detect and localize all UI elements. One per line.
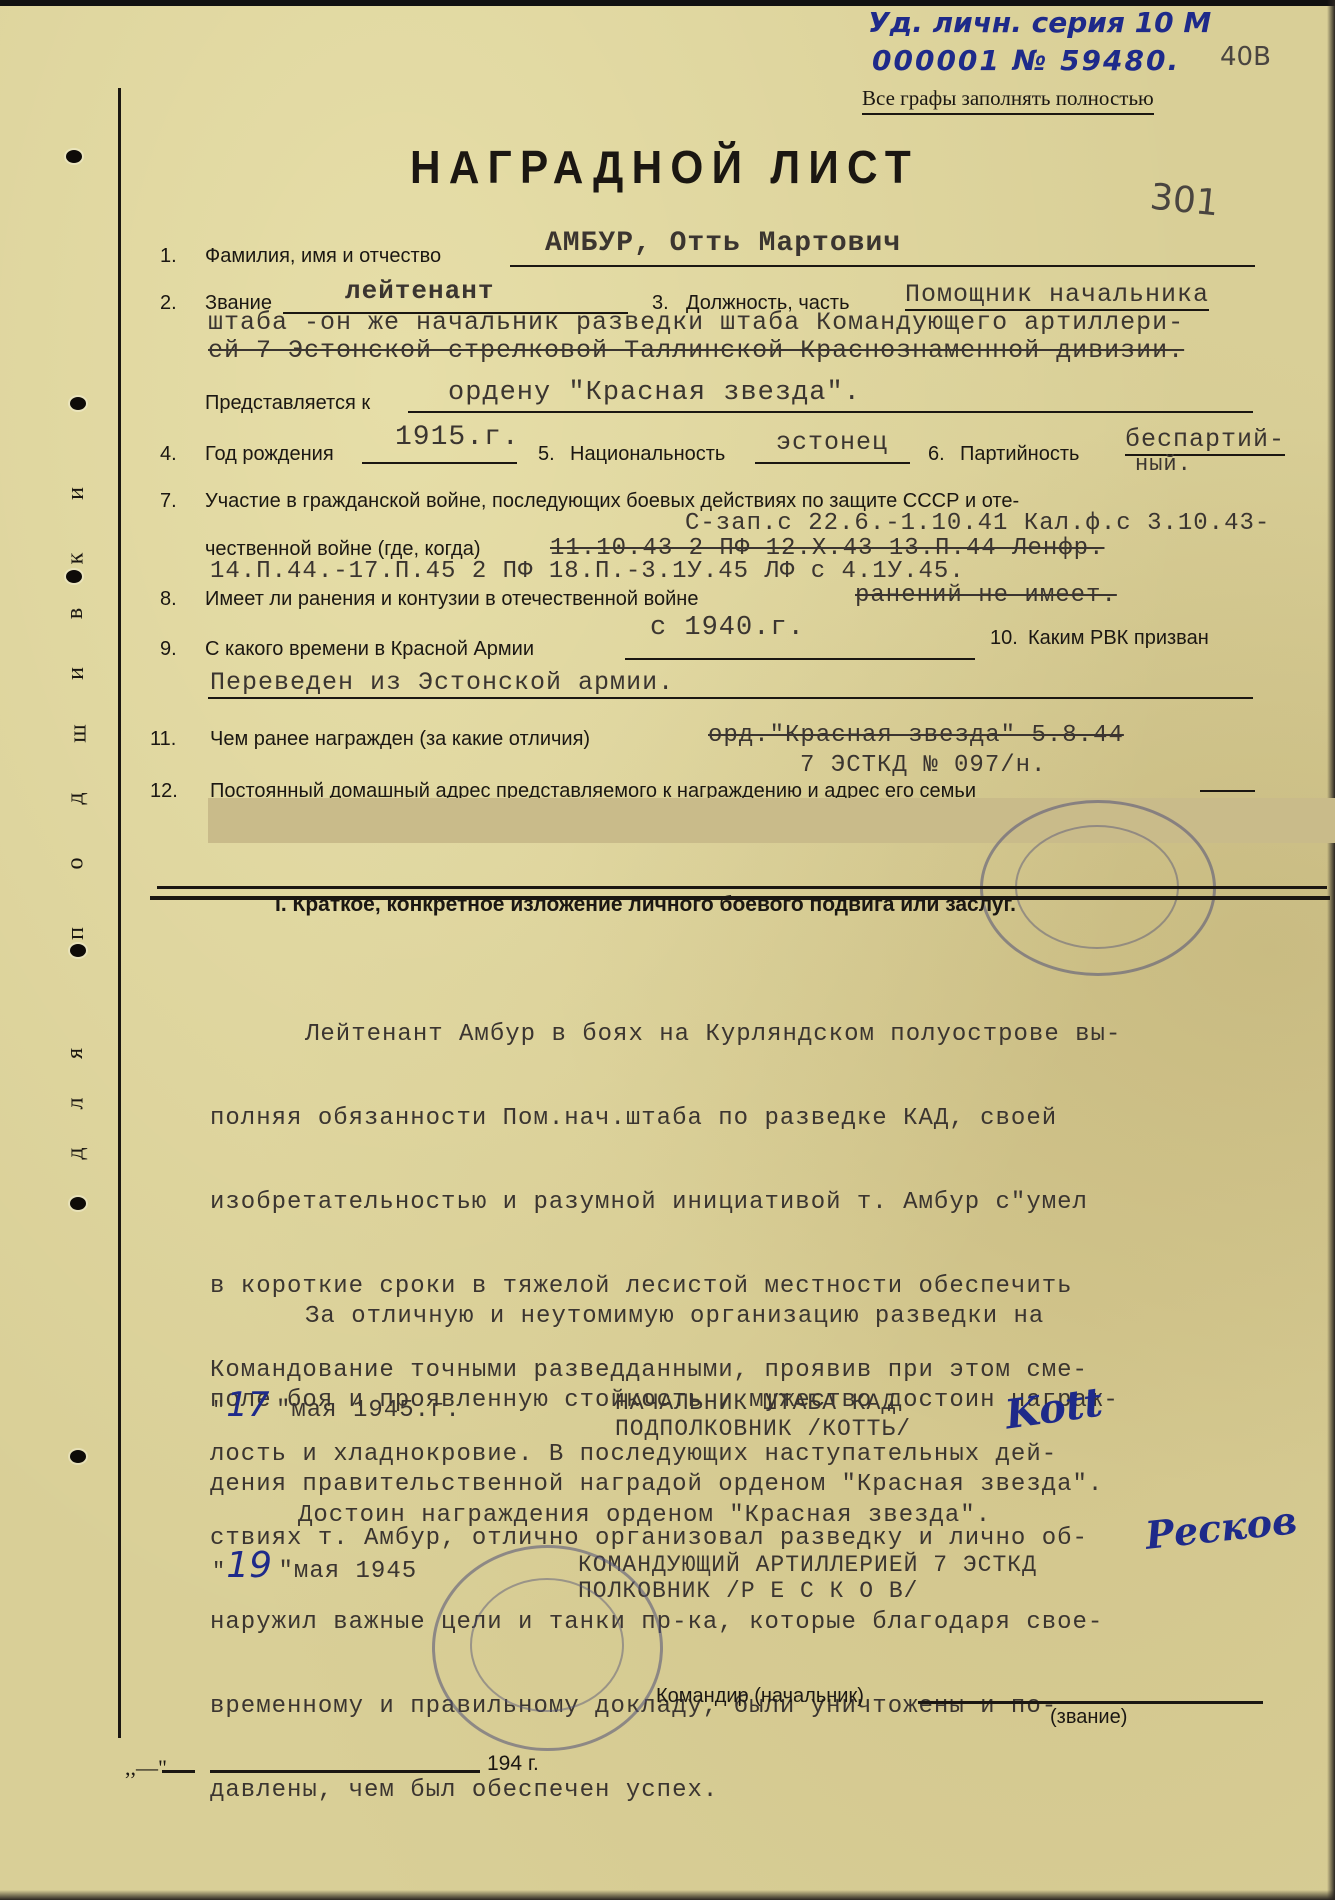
presented-for-underline [408,411,1253,413]
footer-month-line [210,1770,480,1773]
footer-year-label: 194 г. [487,1752,539,1776]
field-9-underline [625,658,975,660]
instruction-text: Все графы заполнять полностью [862,86,1154,115]
page-title: НАГРАДНОЙ ЛИСТ [410,140,919,194]
signature-1-position-line2: ПОДПОЛКОВНИК /КОТТЬ/ [615,1416,911,1442]
signature-2-day: 19 [226,1545,272,1586]
field-8-label: Имеет ли ранения и контузии в отечествен… [205,588,698,611]
field-6-label: Партийность [960,443,1079,466]
field-10-conscription: Переведен из Эстонской армии. [210,668,674,697]
field-10-underline [208,697,1253,699]
official-stamp-lower-inner [470,1578,624,1712]
signature-2-month-year: "мая 1945 [279,1558,418,1585]
field-6-number: 6. [928,443,945,466]
signature-1-position-line1: НАЧАЛЬНИК ШТАБА КАД [615,1390,911,1416]
narrative-line: изобретательностью и разумной инициативо… [210,1189,1121,1217]
signature-1-month-year: "мая 1945.г. [276,1397,461,1424]
field-4-label: Год рождения [205,443,334,466]
signature-1-day: 17 [226,1385,269,1425]
field-1-full-name: АМБУР, Отть Мартович [545,228,901,259]
signature-2-handwritten: Ресков [1143,1497,1299,1558]
field-5-label: Национальность [570,443,725,466]
pencil-archive-code: 40В [1220,42,1271,72]
field-2-number: 2. [160,292,177,315]
field-12-number: 12. [150,780,178,803]
signature-1-date: "17 "мая 1945.г. [212,1385,461,1425]
field-4-underline [362,462,517,464]
field-9-label: С какого времени в Красной Армии [205,638,534,661]
rank-label: (звание) [1050,1706,1127,1729]
field-11-previous-award-line2: 7 ЭСТКД № 097/н. [800,752,1046,779]
field-9-since: с 1940.г. [650,613,805,643]
narrative-line: Лейтенант Амбур в боях на Курляндском по… [210,1021,1121,1049]
signature-1-position: НАЧАЛЬНИК ШТАБА КАД ПОДПОЛКОВНИК /КОТТЬ/ [615,1390,911,1442]
field-1-number: 1. [160,245,177,268]
field-1-label: Фамилия, имя и отчество [205,245,441,268]
narrative-line: дения правительственной наградой орденом… [210,1471,1119,1499]
field-8-wounds: ранений не имеет. [855,582,1117,609]
field-12-underline [1200,790,1255,792]
conclusion-text: Достоин награждения орденом "Красная зве… [298,1502,991,1529]
field-6-party-line2: ный. [1135,452,1192,477]
field-7-service-line1: С-зап.с 22.6.-1.10.41 Кал.ф.с 3.10.43- [685,510,1270,537]
field-3-position-line2: штаба -он же начальник разведки штаба Ко… [208,308,1184,337]
field-7-number: 7. [160,490,177,513]
binding-margin-label: и к в и ш д о п я л д [70,480,130,1380]
handwritten-certificate-series: Уд. личн. серия 10 М [868,6,1211,39]
footer-day-line [162,1770,195,1773]
section-1-heading: I. Краткое, конкретное изложение личного… [275,893,1016,917]
footer-date-quote: ,,—" [125,1755,167,1781]
field-10-number: 10. [990,627,1018,650]
signature-2-date: "19 "мая 1945 [212,1545,417,1586]
sheet-number: 301 [1148,177,1221,225]
field-11-previous-award-line1: орд."Красная звезда" 5.8.44 [708,722,1124,749]
field-8-number: 8. [160,588,177,611]
section-divider-top [157,886,1327,889]
scan-right-edge [1327,0,1335,1900]
field-5-underline [755,462,910,464]
narrative-line: полняя обязанности Пом.нач.штаба по разв… [210,1105,1121,1133]
narrative-line: давлены, чем был обеспечен успех. [210,1777,1121,1805]
field-11-label: Чем ранее награжден (за какие отличия) [210,728,590,751]
field-10-label: Каким РВК призван [1028,627,1209,650]
punch-hole [70,1450,86,1463]
presented-for-award: ордену "Красная звезда". [448,378,861,408]
punch-hole [70,397,86,410]
presented-for-label: Представляется к [205,392,370,415]
field-7-service-line3: 14.П.44.-17.П.45 2 ПФ 18.П.-3.1У.45 ЛФ с… [210,558,965,585]
field-3-position-line1: Помощник начальника [905,280,1209,311]
field-4-birth-year: 1915.г. [395,422,520,453]
field-1-underline [510,265,1255,267]
field-2-rank: лейтенант [345,276,494,306]
signature-2-position-line1: КОМАНДУЮЩИЙ АРТИЛЛЕРИЕЙ 7 ЭСТКД [578,1552,1037,1578]
commander-signature-line [918,1701,1263,1704]
field-4-number: 4. [160,443,177,466]
field-5-number: 5. [538,443,555,466]
field-9-number: 9. [160,638,177,661]
scan-bottom-edge [0,1890,1335,1900]
field-3-position-line3: ей 7 Эстонской стрелковой Таллинской Кра… [208,336,1184,365]
narrative-line: За отличную и неутомимую организацию раз… [210,1303,1119,1331]
handwritten-certificate-number: 000001 № 59480. [872,44,1180,77]
punch-hole [66,150,82,163]
field-5-nationality: эстонец [776,428,888,457]
narrative-line: наружил важные цели и танки пр-ка, котор… [210,1609,1121,1637]
commander-label: Командир (начальник) [656,1685,864,1708]
field-11-number: 11. [150,728,176,751]
